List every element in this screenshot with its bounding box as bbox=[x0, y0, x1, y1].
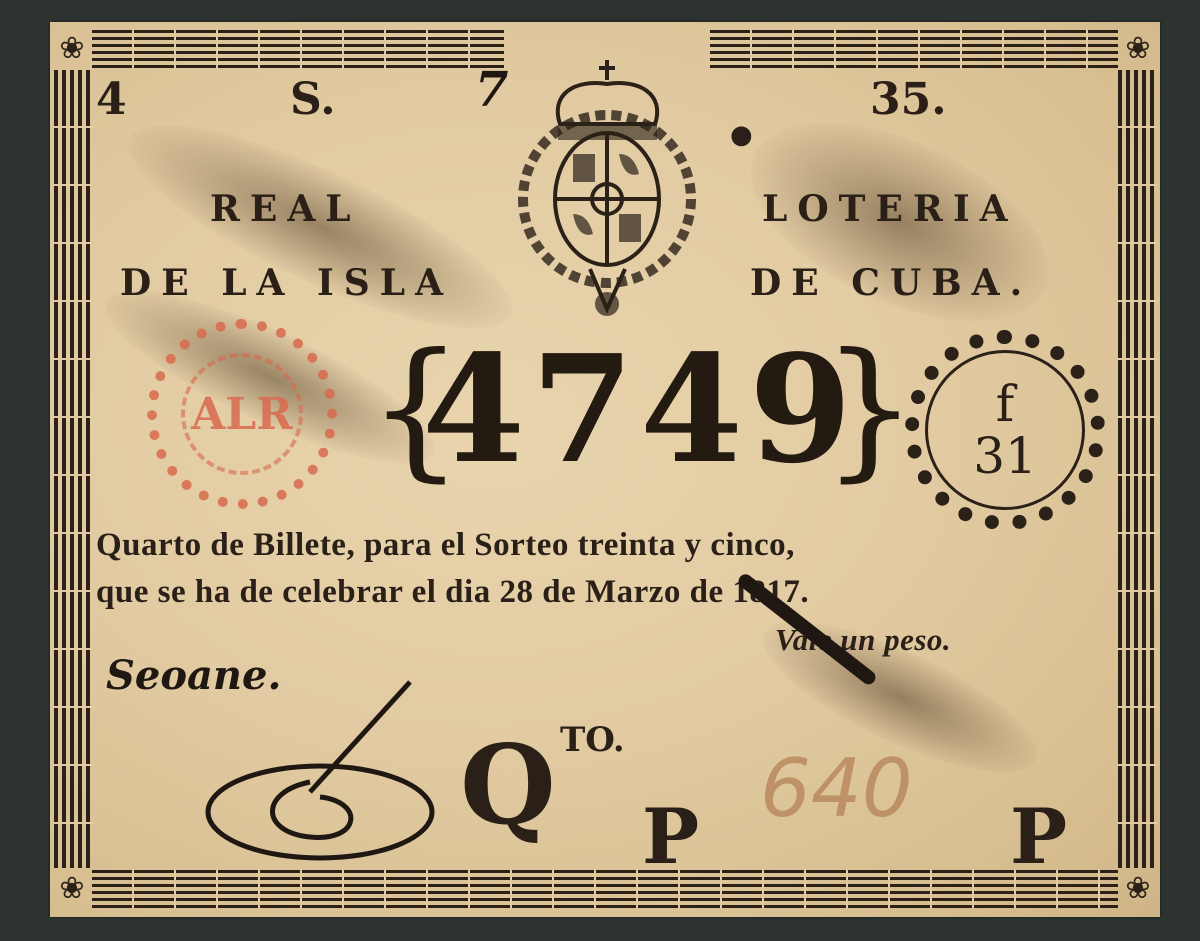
red-stamp-seal: ALR bbox=[147, 319, 337, 509]
bottom-border bbox=[92, 870, 1118, 908]
title-de-la-isla: DE LA ISLA bbox=[120, 262, 453, 304]
quarter-letter: Q bbox=[460, 720, 556, 849]
circle-seal: f 31 bbox=[905, 330, 1105, 530]
seal-letter: f bbox=[996, 378, 1015, 430]
title-real: REAL bbox=[210, 188, 361, 230]
corner-ornament-icon: ❀ bbox=[1118, 30, 1158, 68]
body-line-2: que se ha de celebrar el dia 28 de Marzo… bbox=[96, 574, 809, 611]
title-de-cuba: DE CUBA. bbox=[750, 262, 1032, 304]
draw-number: 35. bbox=[870, 74, 947, 125]
ticket-number: 4749 bbox=[422, 322, 858, 496]
red-stamp-text: ALR bbox=[181, 353, 303, 475]
pencil-note: 640 bbox=[760, 742, 913, 835]
dot-ornament: ● bbox=[730, 120, 753, 150]
title-loteria: LOTERIA bbox=[762, 188, 1018, 230]
top-border-right bbox=[710, 30, 1118, 68]
lottery-ticket: ❀ ❀ ❀ ❀ 4 S. 7 35. ● REAL DE LA ISLA LOT… bbox=[50, 22, 1160, 917]
body-line-1: Quarto de Billete, para el Sorteo treint… bbox=[96, 527, 795, 564]
p-right: P bbox=[1010, 792, 1067, 881]
left-border bbox=[54, 70, 94, 868]
top-border-left bbox=[92, 30, 504, 68]
right-border bbox=[1118, 70, 1158, 868]
p-left: P bbox=[642, 792, 699, 881]
corner-ornament-icon: ❀ bbox=[1118, 870, 1158, 908]
corner-ornament-icon: ❀ bbox=[52, 870, 92, 908]
serie-label: S. bbox=[290, 74, 336, 125]
corner-ornament-icon: ❀ bbox=[52, 30, 92, 68]
signature-flourish-icon bbox=[200, 672, 460, 872]
brace-right: } bbox=[822, 322, 917, 496]
quarter-superscript: TO. bbox=[560, 720, 625, 760]
seal-number: 31 bbox=[973, 430, 1037, 482]
serie-number: 4 bbox=[96, 74, 127, 125]
coat-of-arms-icon bbox=[515, 54, 700, 316]
handwritten-mark: 7 bbox=[475, 62, 508, 118]
